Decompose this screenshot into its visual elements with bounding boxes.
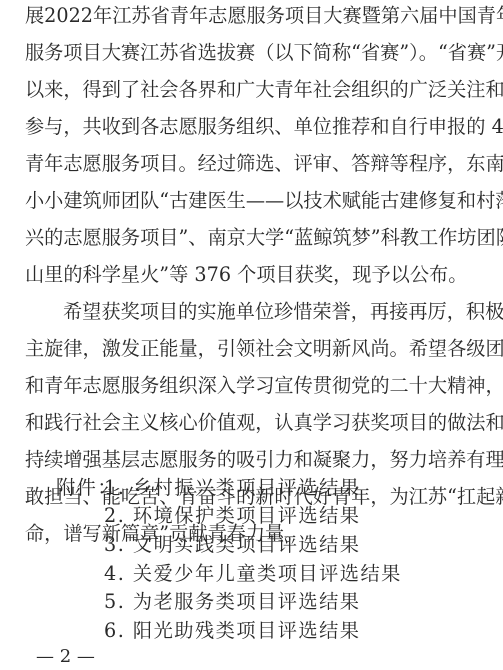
paragraph-line: 服务项目大赛江苏省选拔赛（以下简称“省赛”）。“省赛”开展 bbox=[25, 41, 465, 65]
attachment-item: 1. 乡村振兴类项目评选结果 bbox=[104, 476, 360, 500]
paragraph-line: 和青年志愿服务组织深入学习宣传贯彻党的二十大精神，培育 bbox=[25, 374, 465, 398]
paragraph-line: 参与，共收到各志愿服务组织、单位推荐和自行申报的 458 个 bbox=[25, 115, 465, 139]
attachment-item: 4. 关爱少年儿童类项目评选结果 bbox=[104, 562, 402, 586]
paragraph-line: 山里的科学星火”等 376 个项目获奖，现予以公布。 bbox=[25, 263, 465, 287]
paragraph-line: 小小建筑师团队“古建医生——以技术赋能古建修复和村落复 bbox=[25, 189, 465, 213]
document-page: 展2022年江苏省青年志愿服务项目大赛暨第六届中国青年志愿 服务项目大赛江苏省选… bbox=[0, 0, 503, 670]
paragraph-line: 希望获奖项目的实施单位珍惜荣誉，再接再厉，积极弘扬 bbox=[63, 300, 465, 324]
paragraph-line: 和践行社会主义核心价值观，认真学习获奖项目的做法和经验， bbox=[25, 411, 465, 435]
paragraph-line: 持续增强基层志愿服务的吸引力和凝聚力，努力培养有理想、 bbox=[25, 448, 465, 472]
paragraph-line: 主旋律，激发正能量，引领社会文明新风尚。希望各级团组织 bbox=[25, 337, 465, 361]
paragraph-line: 兴的志愿服务项目”、南京大学“蓝鲸筑梦”科教工作坊团队“大 bbox=[25, 226, 465, 250]
attachment-item: 3. 文明实践类项目评选结果 bbox=[104, 533, 360, 557]
paragraph-line: 以来，得到了社会各界和广大青年社会组织的广泛关注和积极 bbox=[25, 78, 465, 102]
page-number: — 2 — bbox=[36, 646, 95, 668]
paragraph-line: 展2022年江苏省青年志愿服务项目大赛暨第六届中国青年志愿 bbox=[25, 4, 465, 28]
paragraph-line: 青年志愿服务项目。经过筛选、评审、答辩等程序，东南大学 bbox=[25, 152, 465, 176]
attachment-item: 2. 环境保护类项目评选结果 bbox=[104, 504, 360, 528]
attachment-item: 6. 阳光助残类项目评选结果 bbox=[104, 619, 360, 643]
attachment-item: 5. 为老服务类项目评选结果 bbox=[104, 590, 360, 614]
